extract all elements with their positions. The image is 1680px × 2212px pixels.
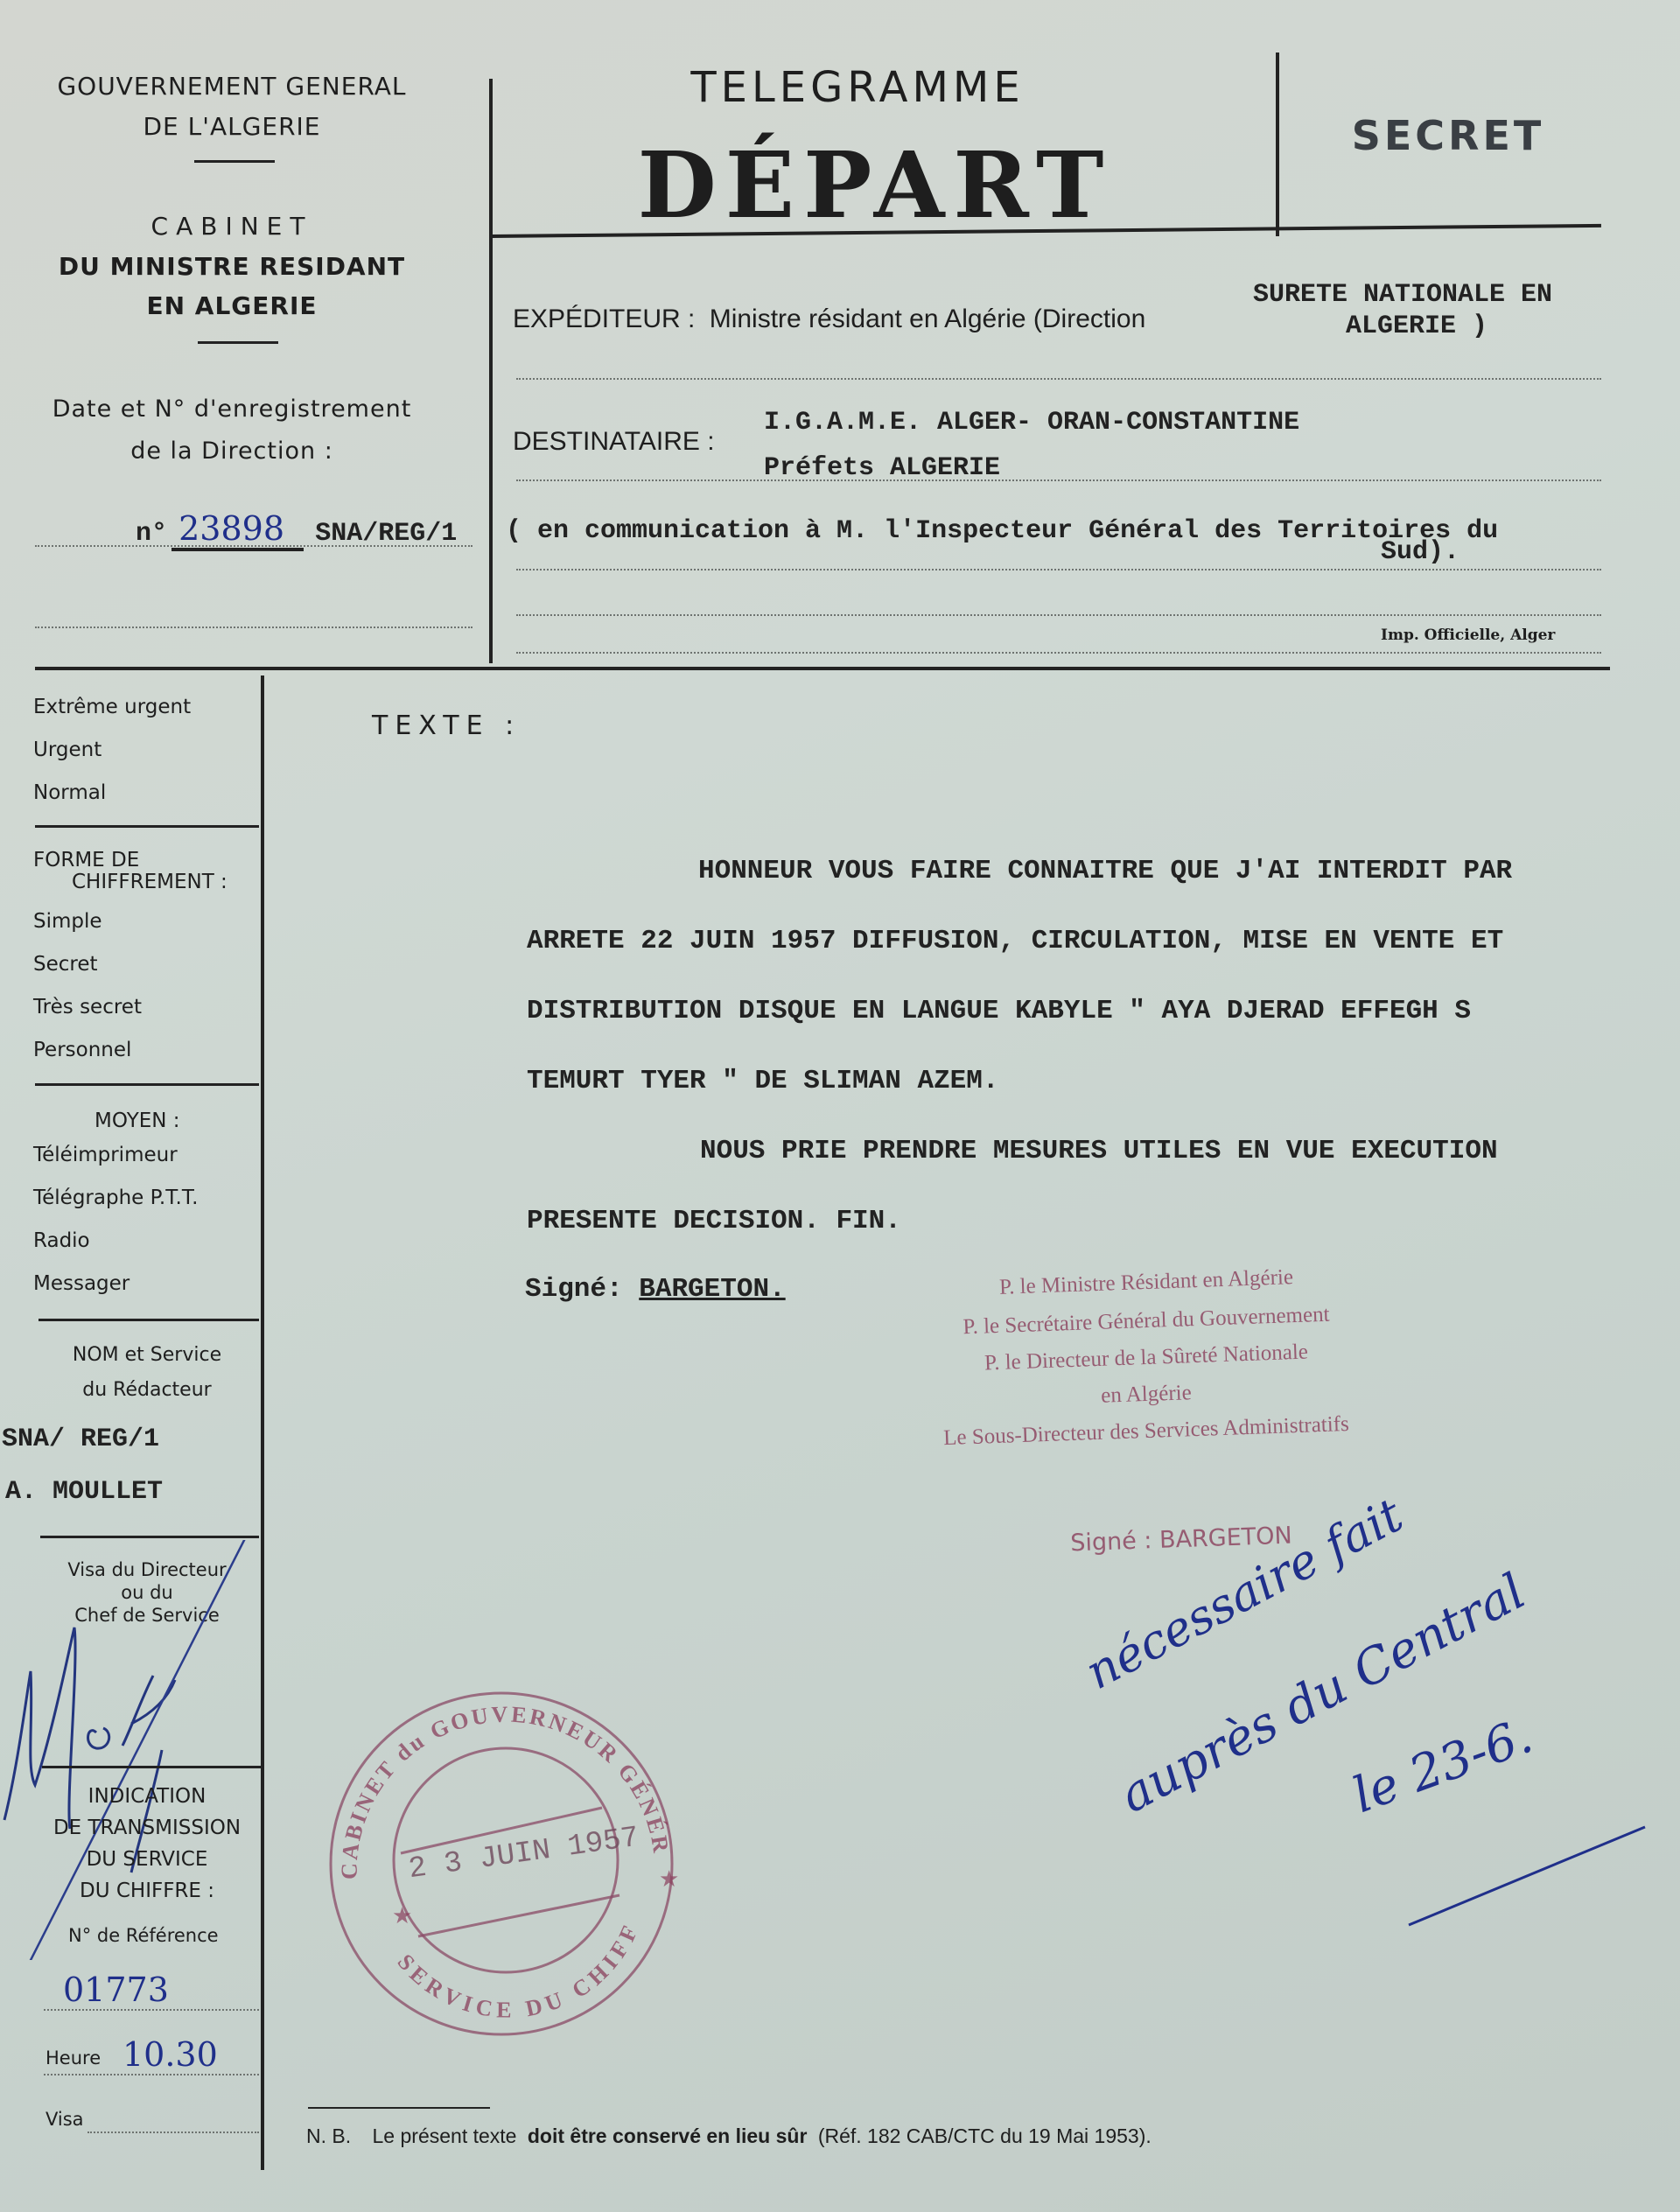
date-label-2: de la Direction : bbox=[26, 437, 437, 465]
note-underline-icon bbox=[1400, 1820, 1662, 1942]
dotted-line bbox=[516, 614, 1601, 616]
stamp-line-4: en Algérie bbox=[840, 1372, 1453, 1417]
main-divider bbox=[35, 667, 1610, 670]
expediteur-label: EXPÉDITEUR : bbox=[513, 304, 695, 333]
chiffrement-title-2: CHIFFREMENT : bbox=[72, 871, 227, 893]
classification-divider bbox=[1276, 52, 1279, 236]
heure-value[interactable]: 10.30 bbox=[122, 2035, 218, 2074]
transmission-title-2: DE TRANSMISSION bbox=[35, 1816, 259, 1839]
expediteur-direction: SURETE NATIONALE EN bbox=[1253, 280, 1552, 310]
redacteur-name: A. MOULLET bbox=[5, 1477, 163, 1507]
option-extreme-urgent[interactable]: Extrême urgent bbox=[33, 696, 191, 718]
dotted-line bbox=[35, 626, 472, 628]
visa-label: Visa bbox=[45, 2109, 84, 2130]
option-telegraphe[interactable]: Télégraphe P.T.T. bbox=[33, 1186, 198, 1209]
redacteur-title-1: NOM et Service bbox=[35, 1344, 259, 1366]
option-teleimprimeur[interactable]: Téléimprimeur bbox=[33, 1144, 178, 1166]
destinataire-label: DESTINATAIRE : bbox=[513, 427, 715, 457]
signe-name: BARGETON. bbox=[639, 1274, 785, 1305]
body-line-1: HONNEUR VOUS FAIRE CONNAITRE QUE J'AI IN… bbox=[698, 857, 1512, 885]
svg-text:★: ★ bbox=[659, 1866, 679, 1893]
svg-text:★: ★ bbox=[392, 1903, 412, 1929]
number-prefix: n° bbox=[136, 519, 167, 549]
dotted-line bbox=[516, 479, 1601, 481]
option-simple[interactable]: Simple bbox=[33, 910, 102, 933]
sidebar-separator bbox=[35, 1083, 259, 1086]
printer-note: Imp. Officielle, Alger bbox=[1381, 626, 1555, 644]
classification-label: SECRET bbox=[1312, 112, 1584, 159]
header-vertical-divider bbox=[489, 79, 493, 663]
body-line-2: ARRETE 22 JUIN 1957 DIFFUSION, CIRCULATI… bbox=[527, 927, 1503, 955]
note-line-3: le 23-6. bbox=[1346, 1707, 1540, 1824]
body-line-4: TEMURT TYER " DE SLIMAN AZEM. bbox=[527, 1067, 999, 1095]
option-tres-secret[interactable]: Très secret bbox=[33, 996, 142, 1018]
number-suffix: SNA/REG/1 bbox=[315, 519, 457, 549]
dotted-line bbox=[516, 569, 1601, 570]
ministre-label: DU MINISTRE RESIDANT bbox=[26, 252, 437, 281]
sidebar-separator bbox=[40, 1536, 259, 1538]
expediteur-printed: Ministre résidant en Algérie (Direction bbox=[710, 304, 1146, 333]
stamp-line-2: P. le Secrétaire Général du Gouvernement bbox=[840, 1298, 1453, 1344]
depart-title: DÉPART bbox=[612, 131, 1137, 239]
option-messager[interactable]: Messager bbox=[33, 1272, 129, 1295]
stamp-line-3: P. le Directeur de la Sûreté Nationale bbox=[840, 1335, 1453, 1381]
footer-note: N. B. Le présent texte doit être conserv… bbox=[306, 2124, 1151, 2148]
chiffrement-title-1: FORME DE bbox=[33, 849, 139, 871]
footer-bold: doit être conservé en lieu sûr bbox=[528, 2124, 808, 2147]
telegramme-title: TELEGRAMME bbox=[612, 63, 1102, 112]
footer-nb: N. B. bbox=[306, 2124, 351, 2147]
sidebar-separator bbox=[38, 1319, 259, 1321]
moyen-title: MOYEN : bbox=[94, 1109, 180, 1132]
divider bbox=[194, 160, 275, 163]
stamp-line-5: Le Sous-Directeur des Services Administr… bbox=[840, 1409, 1453, 1454]
dotted-line bbox=[44, 2009, 259, 2011]
cabinet-label: CABINET bbox=[26, 212, 437, 241]
issuer-line-1: GOUVERNEMENT GENERAL bbox=[26, 72, 437, 101]
option-personnel[interactable]: Personnel bbox=[33, 1039, 131, 1061]
transmission-title-4: DU CHIFFRE : bbox=[35, 1879, 259, 1902]
footer-normal-1: Le présent texte bbox=[373, 2124, 517, 2147]
body-line-3: DISTRIBUTION DISQUE EN LANGUE KABYLE " A… bbox=[527, 997, 1471, 1025]
issuer-line-2: DE L'ALGERIE bbox=[26, 112, 437, 141]
divider bbox=[198, 341, 278, 344]
typed-signature: Signé: BARGETON. bbox=[525, 1276, 786, 1303]
dotted-line bbox=[44, 2074, 259, 2075]
texte-label: TEXTE : bbox=[372, 710, 521, 741]
sidebar-separator bbox=[35, 825, 259, 828]
communication-line-1: ( en communication à M. l'Inspecteur Gén… bbox=[506, 516, 1498, 546]
option-secret[interactable]: Secret bbox=[33, 953, 98, 976]
destinataire-line-2: Préfets ALGERIE bbox=[764, 453, 1000, 483]
body-line-5: NOUS PRIE PRENDRE MESURES UTILES EN VUE … bbox=[700, 1137, 1498, 1165]
reference-label: N° de Référence bbox=[68, 1925, 219, 1946]
sidebar-separator bbox=[42, 1766, 261, 1768]
option-radio[interactable]: Radio bbox=[33, 1229, 90, 1252]
communication-line-2: Sud). bbox=[1381, 537, 1459, 567]
round-date-stamp: CABINET du GOUVERNEUR GÉNÉRAL SERVICE DU… bbox=[313, 1678, 689, 2046]
expediteur-direction-2: ALGERIE ) bbox=[1346, 311, 1487, 341]
option-normal[interactable]: Normal bbox=[33, 781, 106, 804]
signe-label: Signé: bbox=[525, 1274, 623, 1305]
date-label-1: Date et N° d'enregistrement bbox=[26, 395, 437, 423]
redacteur-service: SNA/ REG/1 bbox=[2, 1424, 159, 1454]
dotted-line bbox=[516, 378, 1601, 380]
transmission-title-3: DU SERVICE bbox=[35, 1848, 259, 1871]
option-urgent[interactable]: Urgent bbox=[33, 738, 101, 761]
body-line-6: PRESENTE DECISION. FIN. bbox=[527, 1207, 901, 1235]
footer-rule bbox=[308, 2107, 490, 2109]
reference-value[interactable]: 01773 bbox=[63, 1970, 169, 2009]
dotted-line[interactable] bbox=[87, 2131, 259, 2133]
redacteur-title-2: du Rédacteur bbox=[35, 1379, 259, 1401]
transmission-title-1: INDICATION bbox=[35, 1785, 259, 1808]
footer-normal-2: (Réf. 182 CAB/CTC du 19 Mai 1953). bbox=[818, 2124, 1151, 2147]
dotted-line bbox=[516, 652, 1601, 654]
destinataire-line-1: I.G.A.M.E. ALGER- ORAN-CONSTANTINE bbox=[764, 408, 1299, 437]
dotted-line bbox=[35, 545, 472, 547]
heure-label: Heure bbox=[45, 2047, 101, 2068]
stamp-line-1: P. le Ministre Résidant en Algérie bbox=[840, 1260, 1453, 1305]
en-algerie-label: EN ALGERIE bbox=[26, 291, 437, 320]
expediteur-field: EXPÉDITEUR : Ministre résidant en Algéri… bbox=[513, 304, 1145, 334]
